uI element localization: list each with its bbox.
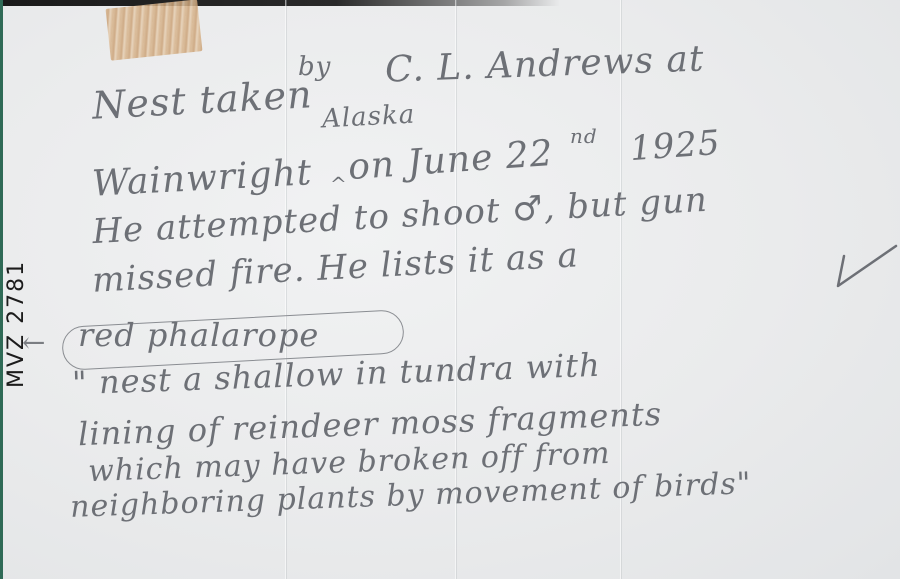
scan-left-edge bbox=[0, 0, 3, 579]
note-date-suffix: nd bbox=[570, 124, 598, 148]
specimen-note-page: Nest taken by C. L. Andrews at Alaska Wa… bbox=[0, 0, 900, 579]
check-mark-icon bbox=[832, 234, 900, 290]
note-word-by: by bbox=[298, 52, 331, 82]
catalog-stamp: MVZ 2781 bbox=[4, 260, 29, 388]
insertion-caret: ^ bbox=[330, 172, 348, 196]
scan-top-edge bbox=[0, 0, 560, 6]
note-line-1: Nest taken bbox=[91, 72, 314, 127]
note-date: on June 22 bbox=[347, 133, 555, 188]
note-locality: Wainwright bbox=[91, 152, 313, 204]
tape-residue bbox=[106, 0, 203, 61]
note-collector: C. L. Andrews at bbox=[384, 38, 705, 90]
note-insert-alaska: Alaska bbox=[321, 100, 416, 135]
note-year: 1925 bbox=[629, 123, 722, 169]
species-name: red phalarope bbox=[78, 316, 319, 354]
